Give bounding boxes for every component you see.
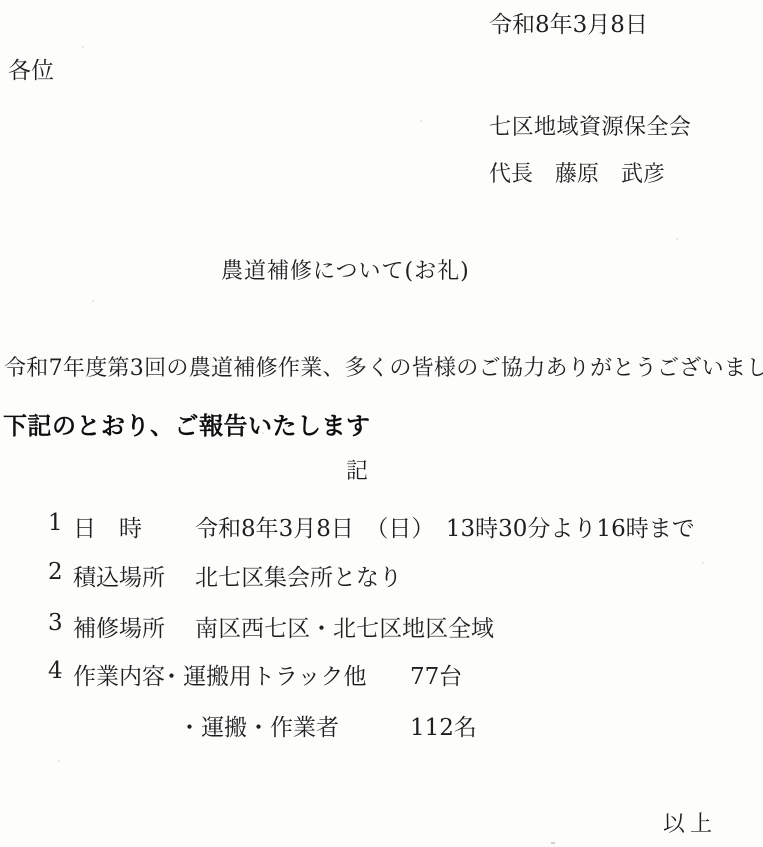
detail-row-repair-area: 3 補修場所 南区西七区・北七区地区全域 [0,610,763,642]
item-value: ・運搬用トラック他 [160,658,367,691]
detail-row-loading-place: 2 積込場所 北七区集会所となり [0,559,763,591]
item-value: ・運搬・作業者 [178,709,339,742]
document-date: 令和8年3月8日 [489,11,648,40]
report-statement: 下記のとおり、ご報告いたします [3,411,371,441]
item-number: 2 [48,559,63,585]
scan-speck [420,120,422,122]
scan-speck [58,760,60,762]
item-label: 積込場所 [73,559,165,592]
detail-row-workers: ・運搬・作業者 112名 [0,709,763,741]
ki-marker: 記 [346,458,368,486]
detail-row-work-trucks: 4 作業内容 ・運搬用トラック他 77台 [0,658,763,690]
item-label: 日 時 [73,510,142,543]
detail-row-datetime: 1 日 時 令和8年3月8日 （日） 13時30分より16時まで [0,510,763,542]
item-number: 3 [48,610,63,636]
recipient-line: 各位 [8,57,54,86]
document-title: 農道補修について(お礼) [221,258,470,286]
sender-name: 代長 藤原 武彦 [489,161,665,189]
closing-marker: 以上 [663,811,717,839]
scan-speck [82,46,84,48]
scan-speck [676,238,678,240]
scanned-letter-page: 令和8年3月8日 各位 七区地域資源保全会 代長 藤原 武彦 農道補修について(… [0,0,763,847]
item-number: 4 [48,658,63,684]
item-label: 補修場所 [73,610,165,643]
item-label: 作業内容 [73,658,165,691]
item-value: 北七区集会所となり [195,559,402,592]
item-value: 南区西七区・北七区地区全域 [195,610,494,643]
scan-speck [702,562,704,564]
item-value: 令和8年3月8日 （日） 13時30分より16時まで [195,510,695,543]
sender-organization: 七区地域資源保全会 [489,114,692,142]
scan-speck [551,842,555,844]
item-count: 112名 [410,709,477,742]
scan-speck [262,432,264,434]
item-number: 1 [48,510,63,536]
item-count: 77台 [410,658,462,691]
body-text: 令和7年度第3回の農道補修作業、多くの皆様のご協力ありがとうございまし [4,355,763,383]
scan-speck [92,300,94,302]
